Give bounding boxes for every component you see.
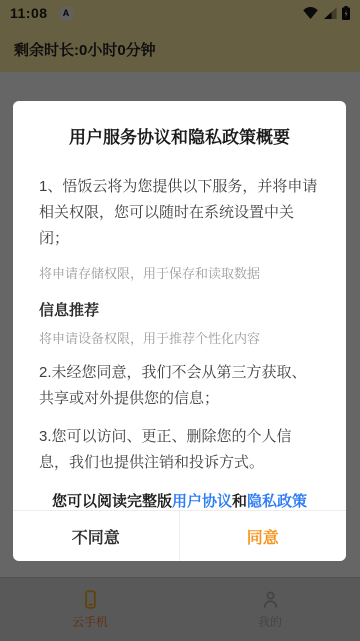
privacy-policy-link[interactable]: 隐私政策 bbox=[247, 493, 307, 510]
info-recommendation-heading: 信息推荐 bbox=[39, 299, 320, 320]
disagree-button[interactable]: 不同意 bbox=[13, 511, 180, 561]
user-agreement-link[interactable]: 用户协议 bbox=[172, 493, 232, 510]
device-permission-note: 将申请设备权限，用于推荐个性化内容 bbox=[39, 329, 320, 348]
full-version-line: 您可以阅读完整版用户协议和隐私政策 bbox=[39, 490, 320, 511]
privacy-policy-dialog: 用户服务协议和隐私政策概要 1、悟饭云将为您提供以下服务，并将申请相关权限，您可… bbox=[13, 101, 346, 561]
dialog-paragraph-third-party: 2.未经您同意，我们不会从第三方获取、共享或对外提供您的信息； bbox=[39, 360, 320, 412]
app-screen: 11:08 A 剩余时长:0小时0分钟 云手机 bbox=[0, 0, 360, 641]
dialog-button-row: 不同意 同意 bbox=[13, 510, 346, 561]
dialog-paragraph-services: 1、悟饭云将为您提供以下服务，并将申请相关权限，您可以随时在系统设置中关闭； bbox=[39, 174, 320, 252]
storage-permission-note: 将申请存储权限，用于保存和读取数据 bbox=[39, 264, 320, 283]
footer-and-text: 和 bbox=[232, 493, 247, 510]
agree-button[interactable]: 同意 bbox=[180, 511, 347, 561]
dialog-body: 1、悟饭云将为您提供以下服务，并将申请相关权限，您可以随时在系统设置中关闭； 将… bbox=[13, 148, 346, 511]
dialog-paragraph-rights: 3.您可以访问、更正、删除您的个人信息，我们也提供注销和投诉方式。 bbox=[39, 424, 320, 476]
footer-prefix-text: 您可以阅读完整版 bbox=[52, 493, 172, 510]
dialog-title: 用户服务协议和隐私政策概要 bbox=[33, 123, 326, 148]
